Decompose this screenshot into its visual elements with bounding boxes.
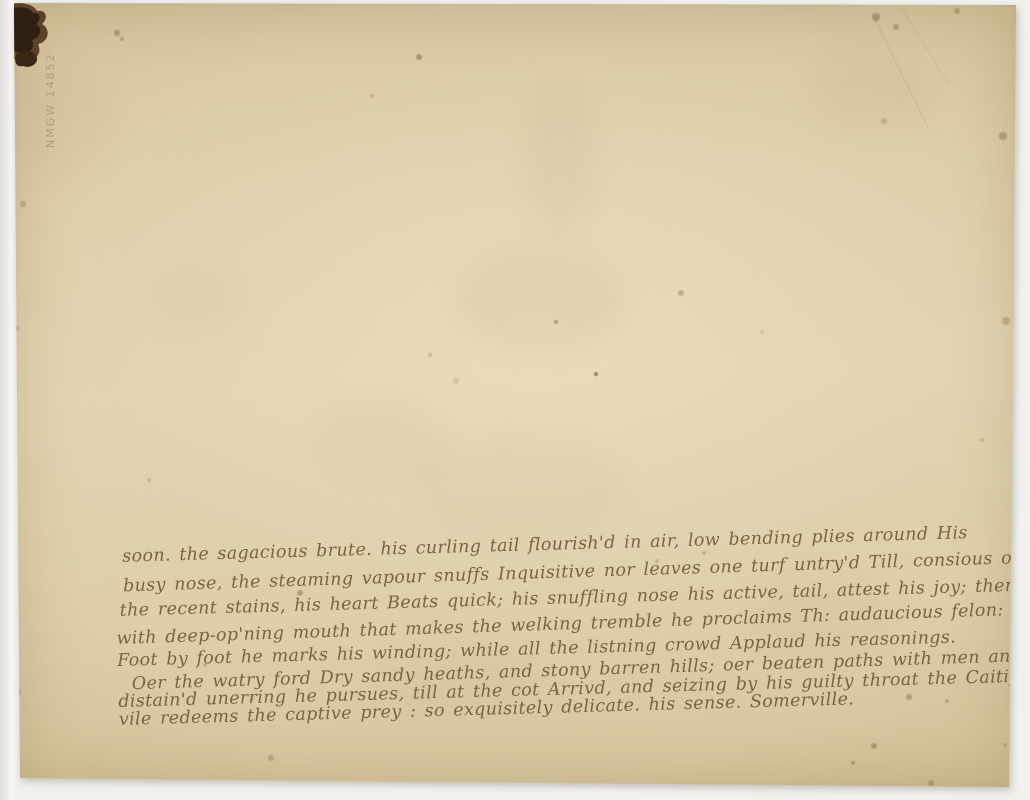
scratch-mark xyxy=(871,12,928,127)
foxing-spot xyxy=(1003,743,1007,747)
discoloration-blotch xyxy=(25,75,115,185)
foxing-spot xyxy=(871,743,877,749)
scratch-mark xyxy=(901,8,950,85)
discoloration-blotch xyxy=(150,265,250,335)
foxing-spot xyxy=(114,30,120,36)
discoloration-blotch xyxy=(315,400,445,480)
discoloration-blotch xyxy=(805,55,935,135)
foxing-spot xyxy=(893,24,899,30)
foxing-spot xyxy=(453,378,459,384)
foxing-spot xyxy=(120,37,124,41)
discoloration-blotch xyxy=(455,250,625,350)
foxing-spot xyxy=(954,8,960,14)
foxing-spot xyxy=(881,118,887,124)
foxing-spot xyxy=(928,780,934,786)
foxing-spot xyxy=(554,320,558,324)
foxing-spot xyxy=(147,478,151,482)
foxing-spot xyxy=(428,353,432,357)
foxing-spot xyxy=(416,54,422,60)
paper-sheet: NMGW 14852 soon. the sagacious brute. hi… xyxy=(0,0,1030,800)
accession-number: NMGW 14852 xyxy=(44,30,57,148)
foxing-spot xyxy=(594,372,598,376)
foxing-spot xyxy=(760,330,764,334)
discoloration-blotch xyxy=(525,85,595,235)
foxing-spot xyxy=(370,94,374,98)
foxing-spot xyxy=(678,290,684,296)
handwritten-inscription: soon. the sagacious brute. his curling t… xyxy=(114,522,1010,762)
foxing-spot xyxy=(851,761,855,765)
foxing-spot xyxy=(980,438,984,442)
foxing-spot xyxy=(13,325,19,331)
foxing-spot xyxy=(999,132,1007,140)
foxing-spot xyxy=(1002,317,1010,325)
foxing-spot xyxy=(20,201,26,207)
foxing-spot xyxy=(9,686,21,698)
photographed-sheet: NMGW 14852 soon. the sagacious brute. hi… xyxy=(0,0,1030,800)
discoloration-blotch xyxy=(415,435,625,545)
